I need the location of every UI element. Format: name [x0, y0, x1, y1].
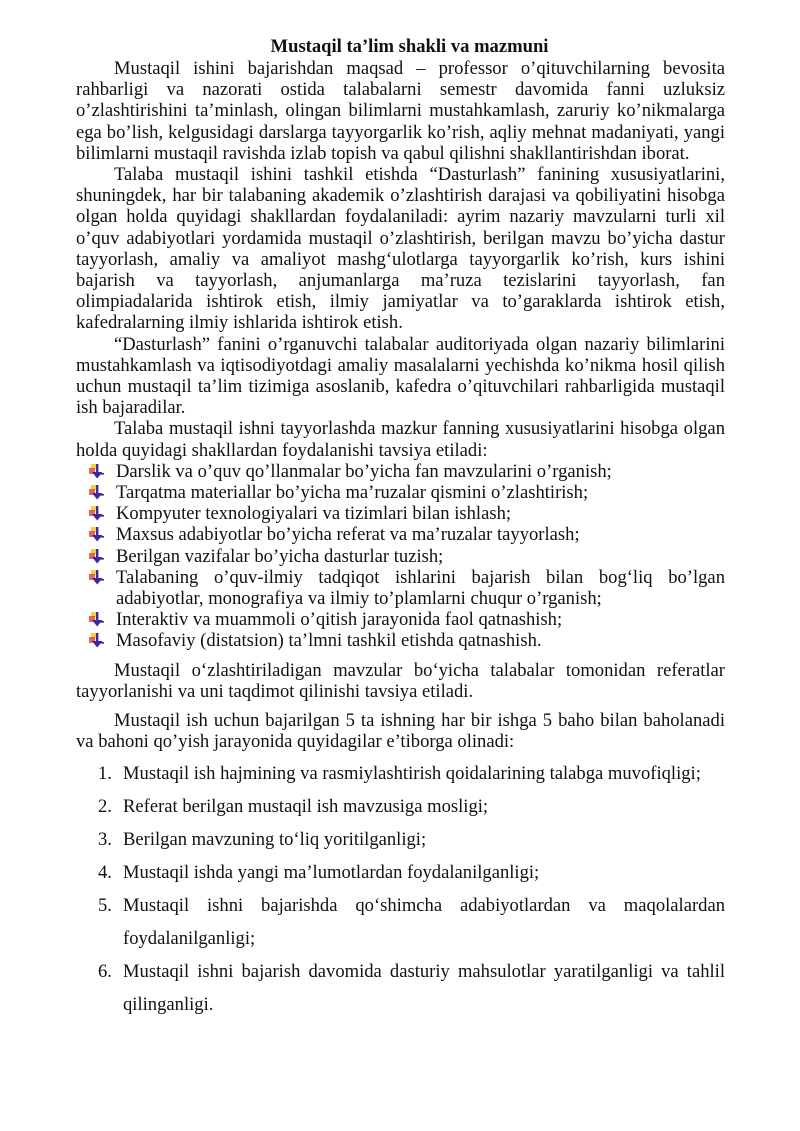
list-item: Berilgan vazifalar bo’yicha dasturlar tu…: [76, 546, 725, 567]
down-arrow-bullet-icon: [88, 505, 106, 522]
criteria-text: Mustaqil ishni bajarish davomida dasturi…: [123, 961, 725, 1015]
paragraph-referat: Mustaqil o‘zlashtiriladigan mavzular bo‘…: [76, 660, 725, 702]
paragraph-dasturlash: “Dasturlash” fanini o’rganuvchi talabala…: [76, 334, 725, 419]
paragraph-forms: Talaba mustaqil ishini tashkil etishda “…: [76, 164, 725, 334]
grading-criteria-list: 1.Mustaqil ish hajmining va rasmiylashti…: [76, 757, 725, 1021]
list-item-text: Talabaning o’quv-ilmiy tadqiqot ishlarin…: [116, 567, 725, 609]
criteria-number: 2.: [98, 790, 112, 823]
document-page: Mustaqil ta’lim shakli va mazmuni Mustaq…: [76, 36, 725, 1021]
down-arrow-bullet-icon: [88, 632, 106, 649]
list-item: Darslik va o’quv qo’llanmalar bo’yicha f…: [76, 461, 725, 482]
list-item: Interaktiv va muammoli o’qitish jarayoni…: [76, 609, 725, 630]
list-item: Maxsus adabiyotlar bo’yicha referat va m…: [76, 524, 725, 545]
criteria-number: 5.: [98, 889, 112, 922]
list-item-text: Kompyuter texnologiyalari va tizimlari b…: [116, 503, 511, 524]
list-item-text: Interaktiv va muammoli o’qitish jarayoni…: [116, 609, 562, 630]
list-item-text: Tarqatma materiallar bo’yicha ma’ruzalar…: [116, 482, 588, 503]
page-title: Mustaqil ta’lim shakli va mazmuni: [76, 36, 725, 58]
list-item: Masofaviy (distatsion) ta’lmni tashkil e…: [76, 630, 725, 651]
paragraph-purpose: Mustaqil ishini bajarishdan maqsad – pro…: [76, 58, 725, 164]
list-item-text: Masofaviy (distatsion) ta’lmni tashkil e…: [116, 630, 542, 651]
criteria-number: 4.: [98, 856, 112, 889]
paragraph-grading: Mustaqil ish uchun bajarilgan 5 ta ishni…: [76, 710, 725, 752]
criteria-text: Referat berilgan mustaqil ish mavzusiga …: [123, 796, 488, 817]
down-arrow-bullet-icon: [88, 484, 106, 501]
criteria-item: 1.Mustaqil ish hajmining va rasmiylashti…: [76, 757, 725, 790]
paragraph-recommendation: Talaba mustaqil ishni tayyorlashda mazku…: [76, 418, 725, 460]
criteria-item: 5.Mustaqil ishni bajarishda qo‘shimcha a…: [76, 889, 725, 955]
recommended-forms-list: Darslik va o’quv qo’llanmalar bo’yicha f…: [76, 461, 725, 652]
criteria-text: Mustaqil ishni bajarishda qo‘shimcha ada…: [123, 895, 725, 949]
list-item: Tarqatma materiallar bo’yicha ma’ruzalar…: [76, 482, 725, 503]
list-item: Kompyuter texnologiyalari va tizimlari b…: [76, 503, 725, 524]
down-arrow-bullet-icon: [88, 611, 106, 628]
down-arrow-bullet-icon: [88, 526, 106, 543]
criteria-text: Mustaqil ish hajmining va rasmiylashtiri…: [123, 763, 701, 784]
criteria-item: 6.Mustaqil ishni bajarish davomida dastu…: [76, 955, 725, 1021]
criteria-number: 1.: [98, 757, 112, 790]
criteria-text: Berilgan mavzuning to‘liq yoritilganligi…: [123, 829, 426, 850]
list-item-text: Darslik va o’quv qo’llanmalar bo’yicha f…: [116, 461, 612, 482]
criteria-item: 4.Mustaqil ishda yangi ma’lumotlardan fo…: [76, 856, 725, 889]
list-item: Talabaning o’quv-ilmiy tadqiqot ishlarin…: [76, 567, 725, 609]
down-arrow-bullet-icon: [88, 463, 106, 480]
list-item-text: Maxsus adabiyotlar bo’yicha referat va m…: [116, 524, 580, 545]
criteria-item: 2.Referat berilgan mustaqil ish mavzusig…: [76, 790, 725, 823]
down-arrow-bullet-icon: [88, 569, 106, 586]
criteria-number: 3.: [98, 823, 112, 856]
criteria-item: 3.Berilgan mavzuning to‘liq yoritilganli…: [76, 823, 725, 856]
criteria-text: Mustaqil ishda yangi ma’lumotlardan foyd…: [123, 862, 539, 883]
down-arrow-bullet-icon: [88, 548, 106, 565]
list-item-text: Berilgan vazifalar bo’yicha dasturlar tu…: [116, 546, 443, 567]
criteria-number: 6.: [98, 955, 112, 988]
